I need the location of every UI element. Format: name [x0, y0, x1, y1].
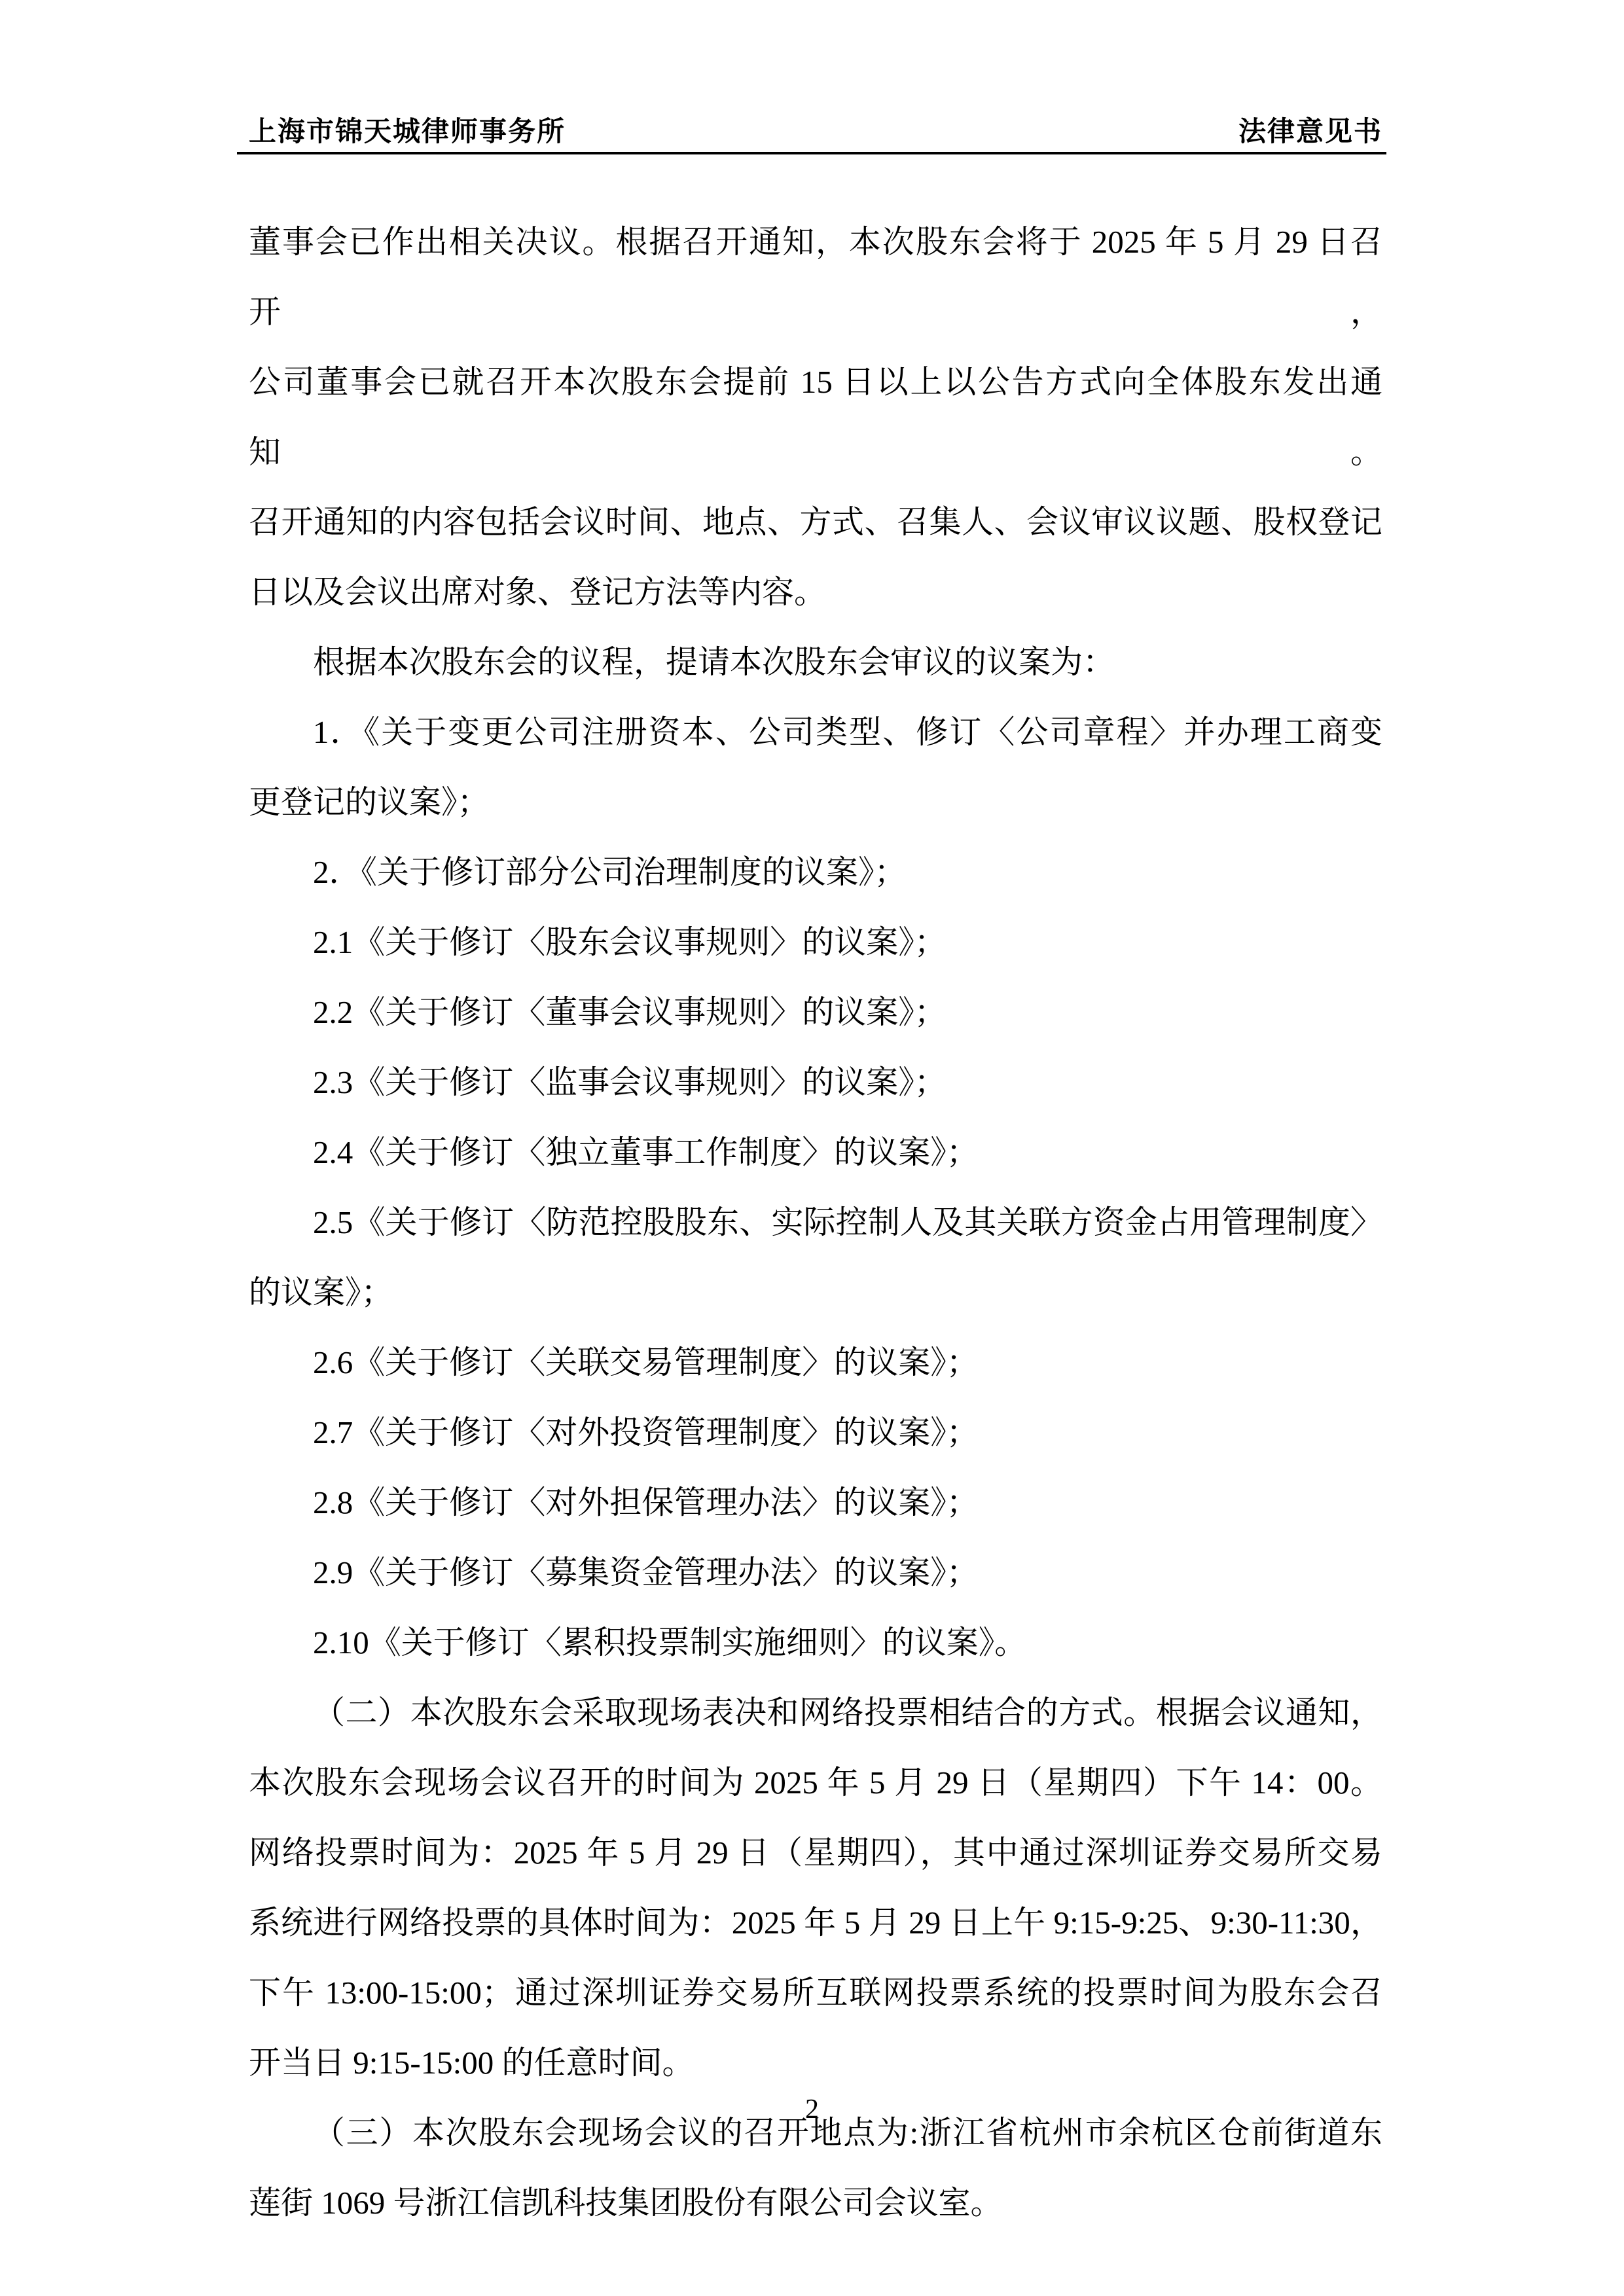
text-line: 下午 13:00-15:00；通过深圳证券交易所互联网投票系统的投票时间为股东会… — [249, 1958, 1382, 2028]
text-line: 1．《关于变更公司注册资本、公司类型、修订〈公司章程〉并办理工商变 — [249, 697, 1382, 767]
document-body: 董事会已作出相关决议。根据召开通知，本次股东会将于 2025 年 5 月 29 … — [249, 207, 1382, 2238]
text-line: 的议案》； — [249, 1257, 1382, 1327]
text-line: 日以及会议出席对象、登记方法等内容。 — [249, 557, 1382, 627]
text-line: 2.10《关于修订〈累积投票制实施细则〉的议案》。 — [249, 1607, 1382, 1677]
header-law-firm-name: 上海市锦天城律师事务所 — [249, 117, 566, 148]
text-line: 2.8《关于修订〈对外担保管理办法〉的议案》； — [249, 1467, 1382, 1537]
text-line: 2．《关于修订部分公司治理制度的议案》； — [249, 837, 1382, 907]
text-line: 2.6《关于修订〈关联交易管理制度〉的议案》； — [249, 1327, 1382, 1397]
text-line: 董事会已作出相关决议。根据召开通知，本次股东会将于 2025 年 5 月 29 … — [249, 207, 1382, 347]
text-line: 2.7《关于修订〈对外投资管理制度〉的议案》； — [249, 1397, 1382, 1467]
text-line: （二）本次股东会采取现场表决和网络投票相结合的方式。根据会议通知， — [249, 1677, 1382, 1748]
text-line: 2.5《关于修订〈防范控股股东、实际控制人及其关联方资金占用管理制度〉 — [249, 1187, 1382, 1257]
text-line: 网络投票时间为：2025 年 5 月 29 日（星期四），其中通过深圳证券交易所… — [249, 1818, 1382, 1888]
text-line: 本次股东会现场会议召开的时间为 2025 年 5 月 29 日（星期四）下午 1… — [249, 1748, 1382, 1818]
text-line: 2.2《关于修订〈董事会议事规则〉的议案》； — [249, 977, 1382, 1047]
header-divider-rule — [237, 152, 1386, 154]
text-line: 公司董事会已就召开本次股东会提前 15 日以上以公告方式向全体股东发出通知。 — [249, 347, 1382, 487]
text-line: 系统进行网络投票的具体时间为：2025 年 5 月 29 日上午 9:15-9:… — [249, 1888, 1382, 1958]
text-line: 根据本次股东会的议程，提请本次股东会审议的议案为： — [249, 627, 1382, 697]
page-number: 2 — [0, 2093, 1624, 2126]
text-line: 2.4《关于修订〈独立董事工作制度〉的议案》； — [249, 1117, 1382, 1187]
text-line: 莲街 1069 号浙江信凯科技集团股份有限公司会议室。 — [249, 2168, 1382, 2238]
text-line: 更登记的议案》； — [249, 767, 1382, 837]
text-line: 2.1《关于修订〈股东会议事规则〉的议案》； — [249, 907, 1382, 977]
header-document-type: 法律意见书 — [1238, 117, 1382, 148]
document-page: 上海市锦天城律师事务所 法律意见书 董事会已作出相关决议。根据召开通知，本次股东… — [0, 0, 1624, 2296]
text-line: 2.9《关于修订〈募集资金管理办法〉的议案》； — [249, 1537, 1382, 1607]
text-line: 开当日 9:15-15:00 的任意时间。 — [249, 2028, 1382, 2098]
text-line: 召开通知的内容包括会议时间、地点、方式、召集人、会议审议议题、股权登记 — [249, 487, 1382, 557]
text-line: 2.3《关于修订〈监事会议事规则〉的议案》； — [249, 1047, 1382, 1117]
